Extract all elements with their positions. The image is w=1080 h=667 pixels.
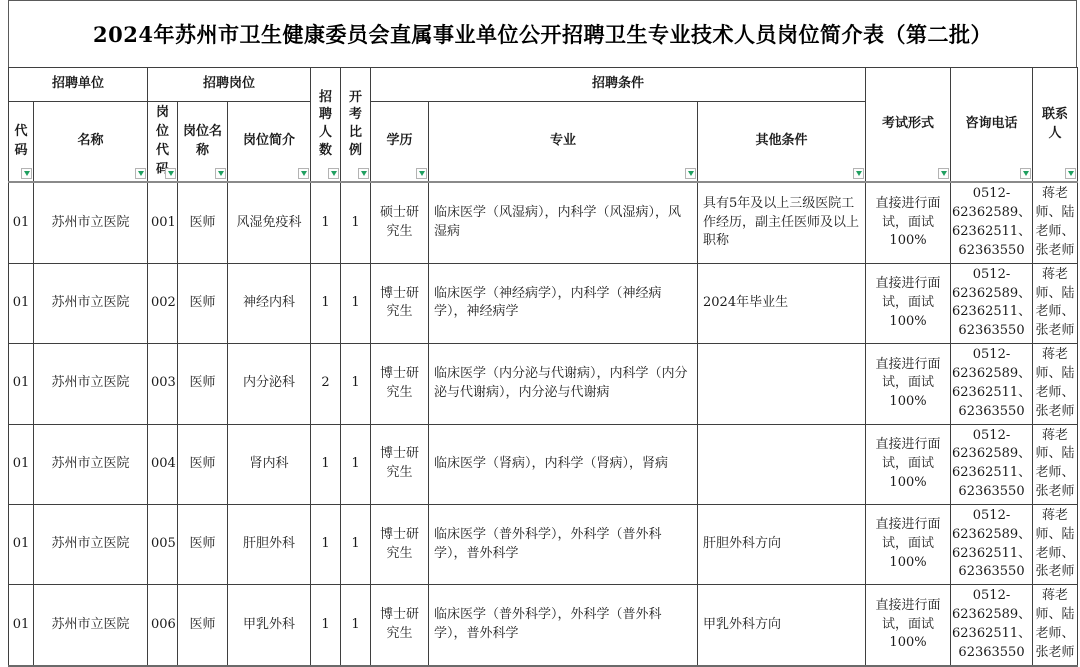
cell-unit-name: 苏州市立医院 [34, 344, 148, 424]
cell-ratio: 1 [341, 424, 371, 504]
header-col-post-name: 岗位名称 [178, 102, 228, 183]
cell-post-name: 医师 [178, 344, 228, 424]
cell-ratio: 1 [341, 344, 371, 424]
filter-icon[interactable] [853, 168, 864, 179]
header-group-row: 招聘单位 招聘岗位 招聘人数 开考比例 招聘条件 考试形式 咨询电话 [9, 68, 1078, 102]
page-title: 2024年苏州市卫生健康委员会直属事业单位公开招聘卫生专业技术人员岗位简介表（第… [93, 19, 992, 49]
filter-icon[interactable] [358, 168, 369, 179]
chevron-down-icon [1023, 171, 1029, 176]
cell-headcount: 1 [311, 263, 341, 343]
cell-major: 临床医学（内分泌与代谢病），内科学（内分泌与代谢病），内分泌与代谢病 [429, 344, 698, 424]
table-row: 01 苏州市立医院 001 医师 风湿免疫科 1 1 硕士研究生 临床医学（风湿… [9, 182, 1078, 263]
cell-exam: 直接进行面试，面试100% [866, 585, 951, 593]
header-col-major: 专业 [429, 102, 698, 183]
cell-post-intro: 肝胆外科 [228, 504, 311, 584]
cell-major: 临床医学（普外科学），外科学（普外科学），普外科学 [429, 585, 698, 593]
header-col-exam: 考试形式 [866, 68, 951, 183]
filter-icon[interactable] [1020, 168, 1031, 179]
cell-ratio: 1 [341, 504, 371, 584]
cell-post-code: 005 [148, 504, 178, 584]
header-col-ratio: 开考比例 [341, 68, 371, 183]
cell-major: 临床医学（神经病学），内科学（神经病学），神经病学 [429, 263, 698, 343]
cell-major: 临床医学（风湿病），内科学（风湿病），风湿病 [429, 182, 698, 263]
cell-unit-code: 01 [9, 585, 34, 593]
cell-ratio: 1 [341, 585, 371, 593]
header-col-post-code: 岗位代码 [148, 102, 178, 183]
cell-headcount: 1 [311, 182, 341, 263]
cell-major: 临床医学（普外科学），外科学（普外科学），普外科学 [429, 504, 698, 584]
cell-post-intro: 肾内科 [228, 424, 311, 504]
cell-contact: 蒋老师、陆老师、张老师 [1033, 424, 1078, 504]
cell-other [698, 344, 866, 424]
cell-exam: 直接进行面试，面试100% [866, 504, 951, 584]
cell-phone: 0512-62362589、62362511、62363550 [951, 424, 1033, 504]
cell-unit-name: 苏州市立医院 [34, 585, 148, 593]
header-col-unit-name: 名称 [34, 102, 148, 183]
cell-post-code: 003 [148, 344, 178, 424]
filter-icon[interactable] [1065, 168, 1076, 179]
header-col-contact: 联系人 [1033, 68, 1078, 183]
cell-contact: 蒋老师、陆老师、张老师 [1033, 263, 1078, 343]
filter-icon[interactable] [938, 168, 949, 179]
header-col-headcount: 招聘人数 [311, 68, 341, 183]
cell-education: 博士研究生 [371, 424, 429, 504]
cell-headcount: 1 [311, 585, 341, 593]
cell-phone: 0512-62362589、62362511、62363550 [951, 182, 1033, 263]
cell-ratio: 1 [341, 182, 371, 263]
cell-phone: 0512-62362589、62362511、62363550 [951, 344, 1033, 424]
cell-unit-code: 01 [9, 344, 34, 424]
cell-exam: 直接进行面试，面试100% [866, 424, 951, 504]
header-col-phone-label: 咨询电话 [966, 116, 1018, 131]
table-row: 01 苏州市立医院 004 医师 肾内科 1 1 博士研究生 临床医学（肾病），… [9, 424, 1078, 504]
cell-contact: 蒋老师、陆老师、张老师 [1033, 585, 1078, 593]
cell-unit-code: 01 [9, 424, 34, 504]
header-col-exam-label: 考试形式 [882, 116, 934, 131]
table-row: 01 苏州市立医院 003 医师 内分泌科 2 1 博士研究生 临床医学（内分泌… [9, 344, 1078, 424]
table-row: 01 苏州市立医院 006 医师 甲乳外科 1 1 博士研究生 临床医学（普外科… [9, 585, 1078, 593]
header-group-unit: 招聘单位 [9, 68, 148, 102]
filter-icon[interactable] [135, 168, 146, 179]
cell-post-name: 医师 [178, 182, 228, 263]
header-col-major-label: 专业 [550, 133, 576, 148]
header-col-post-intro-label: 岗位简介 [243, 133, 295, 148]
filter-icon[interactable] [21, 168, 32, 179]
chevron-down-icon [419, 171, 425, 176]
header-group-conditions: 招聘条件 [371, 68, 866, 102]
header-col-education-label: 学历 [387, 133, 413, 148]
cell-contact: 蒋老师、陆老师、张老师 [1033, 344, 1078, 424]
cell-post-intro: 甲乳外科 [228, 585, 311, 593]
chevron-down-icon [688, 171, 694, 176]
table-row: 01 苏州市立医院 002 医师 神经内科 1 1 博士研究生 临床医学（神经病… [9, 263, 1078, 343]
table-row: 01 苏州市立医院 005 医师 肝胆外科 1 1 博士研究生 临床医学（普外科… [9, 504, 1078, 584]
cell-major: 临床医学（肾病），内科学（肾病），肾病 [429, 424, 698, 504]
cell-education: 博士研究生 [371, 344, 429, 424]
cell-headcount: 1 [311, 504, 341, 584]
cell-other: 甲乳外科方向 [698, 585, 866, 593]
header-col-unit-name-label: 名称 [78, 133, 104, 148]
header-group-post: 招聘岗位 [148, 68, 311, 102]
cell-post-name: 医师 [178, 504, 228, 584]
header-col-post-intro: 岗位简介 [228, 102, 311, 183]
filter-icon[interactable] [298, 168, 309, 179]
cell-unit-name: 苏州市立医院 [34, 424, 148, 504]
header-col-other-label: 其他条件 [756, 133, 808, 148]
cell-unit-name: 苏州市立医院 [34, 504, 148, 584]
chevron-down-icon [331, 171, 337, 176]
cell-contact: 蒋老师、陆老师、张老师 [1033, 504, 1078, 584]
chevron-down-icon [168, 171, 174, 176]
cell-unit-name: 苏州市立医院 [34, 263, 148, 343]
chevron-down-icon [361, 171, 367, 176]
cell-post-name: 医师 [178, 263, 228, 343]
chevron-down-icon [138, 171, 144, 176]
header-col-other: 其他条件 [698, 102, 866, 183]
filter-icon[interactable] [416, 168, 427, 179]
cell-exam: 直接进行面试，面试100% [866, 263, 951, 343]
cell-unit-name: 苏州市立医院 [34, 182, 148, 263]
filter-icon[interactable] [165, 168, 176, 179]
header-col-unit-code-label: 代码 [14, 124, 27, 158]
cell-headcount: 2 [311, 344, 341, 424]
filter-icon[interactable] [215, 168, 226, 179]
chevron-down-icon [856, 171, 862, 176]
chevron-down-icon [301, 171, 307, 176]
filter-icon[interactable] [328, 168, 339, 179]
cell-unit-code: 01 [9, 263, 34, 343]
cell-phone: 0512-62362589、62362511、62363550 [951, 263, 1033, 343]
cell-education: 博士研究生 [371, 263, 429, 343]
cell-exam: 直接进行面试，面试100% [866, 182, 951, 263]
header-col-post-code-label: 岗位代码 [156, 105, 169, 177]
cell-contact: 蒋老师、陆老师、张老师 [1033, 182, 1078, 263]
cell-other [698, 424, 866, 504]
cell-education: 硕士研究生 [371, 182, 429, 263]
cell-post-name: 医师 [178, 424, 228, 504]
cell-unit-code: 01 [9, 504, 34, 584]
chevron-down-icon [1068, 171, 1074, 176]
cell-post-code: 002 [148, 263, 178, 343]
chevron-down-icon [218, 171, 224, 176]
cell-post-code: 004 [148, 424, 178, 504]
header-col-phone: 咨询电话 [951, 68, 1033, 183]
header-col-education: 学历 [371, 102, 429, 183]
cell-education: 博士研究生 [371, 504, 429, 584]
cell-post-code: 006 [148, 585, 178, 593]
cell-headcount: 1 [311, 424, 341, 504]
spreadsheet-area: 2024年苏州市卫生健康委员会直属事业单位公开招聘卫生专业技术人员岗位简介表（第… [8, 0, 1077, 593]
cell-phone: 0512-62362589、62362511、62363550 [951, 504, 1033, 584]
header-col-headcount-label: 招聘人数 [319, 89, 332, 159]
cell-ratio: 1 [341, 263, 371, 343]
cell-phone: 0512-62362589、62362511、62363550 [951, 585, 1033, 593]
cell-unit-code: 01 [9, 182, 34, 263]
cell-post-intro: 内分泌科 [228, 344, 311, 424]
cell-post-name: 医师 [178, 585, 228, 593]
job-table: 招聘单位 招聘岗位 招聘人数 开考比例 招聘条件 考试形式 咨询电话 [8, 67, 1078, 593]
cell-other: 肝胆外科方向 [698, 504, 866, 584]
header-col-ratio-label: 开考比例 [349, 89, 362, 159]
cell-post-intro: 神经内科 [228, 263, 311, 343]
cell-exam: 直接进行面试，面试100% [866, 344, 951, 424]
header-col-post-name-label: 岗位名称 [183, 124, 222, 158]
filter-icon[interactable] [685, 168, 696, 179]
cell-education: 博士研究生 [371, 585, 429, 593]
chevron-down-icon [24, 171, 30, 176]
cell-post-code: 001 [148, 182, 178, 263]
cell-other: 2024年毕业生 [698, 263, 866, 343]
chevron-down-icon [941, 171, 947, 176]
cell-post-intro: 风湿免疫科 [228, 182, 311, 263]
title-bar: 2024年苏州市卫生健康委员会直属事业单位公开招聘卫生专业技术人员岗位简介表（第… [8, 1, 1077, 67]
header-col-contact-label: 联系人 [1042, 107, 1068, 141]
cell-other: 具有5年及以上三级医院工作经历，副主任医师及以上职称 [698, 182, 866, 263]
header-col-unit-code: 代码 [9, 102, 34, 183]
